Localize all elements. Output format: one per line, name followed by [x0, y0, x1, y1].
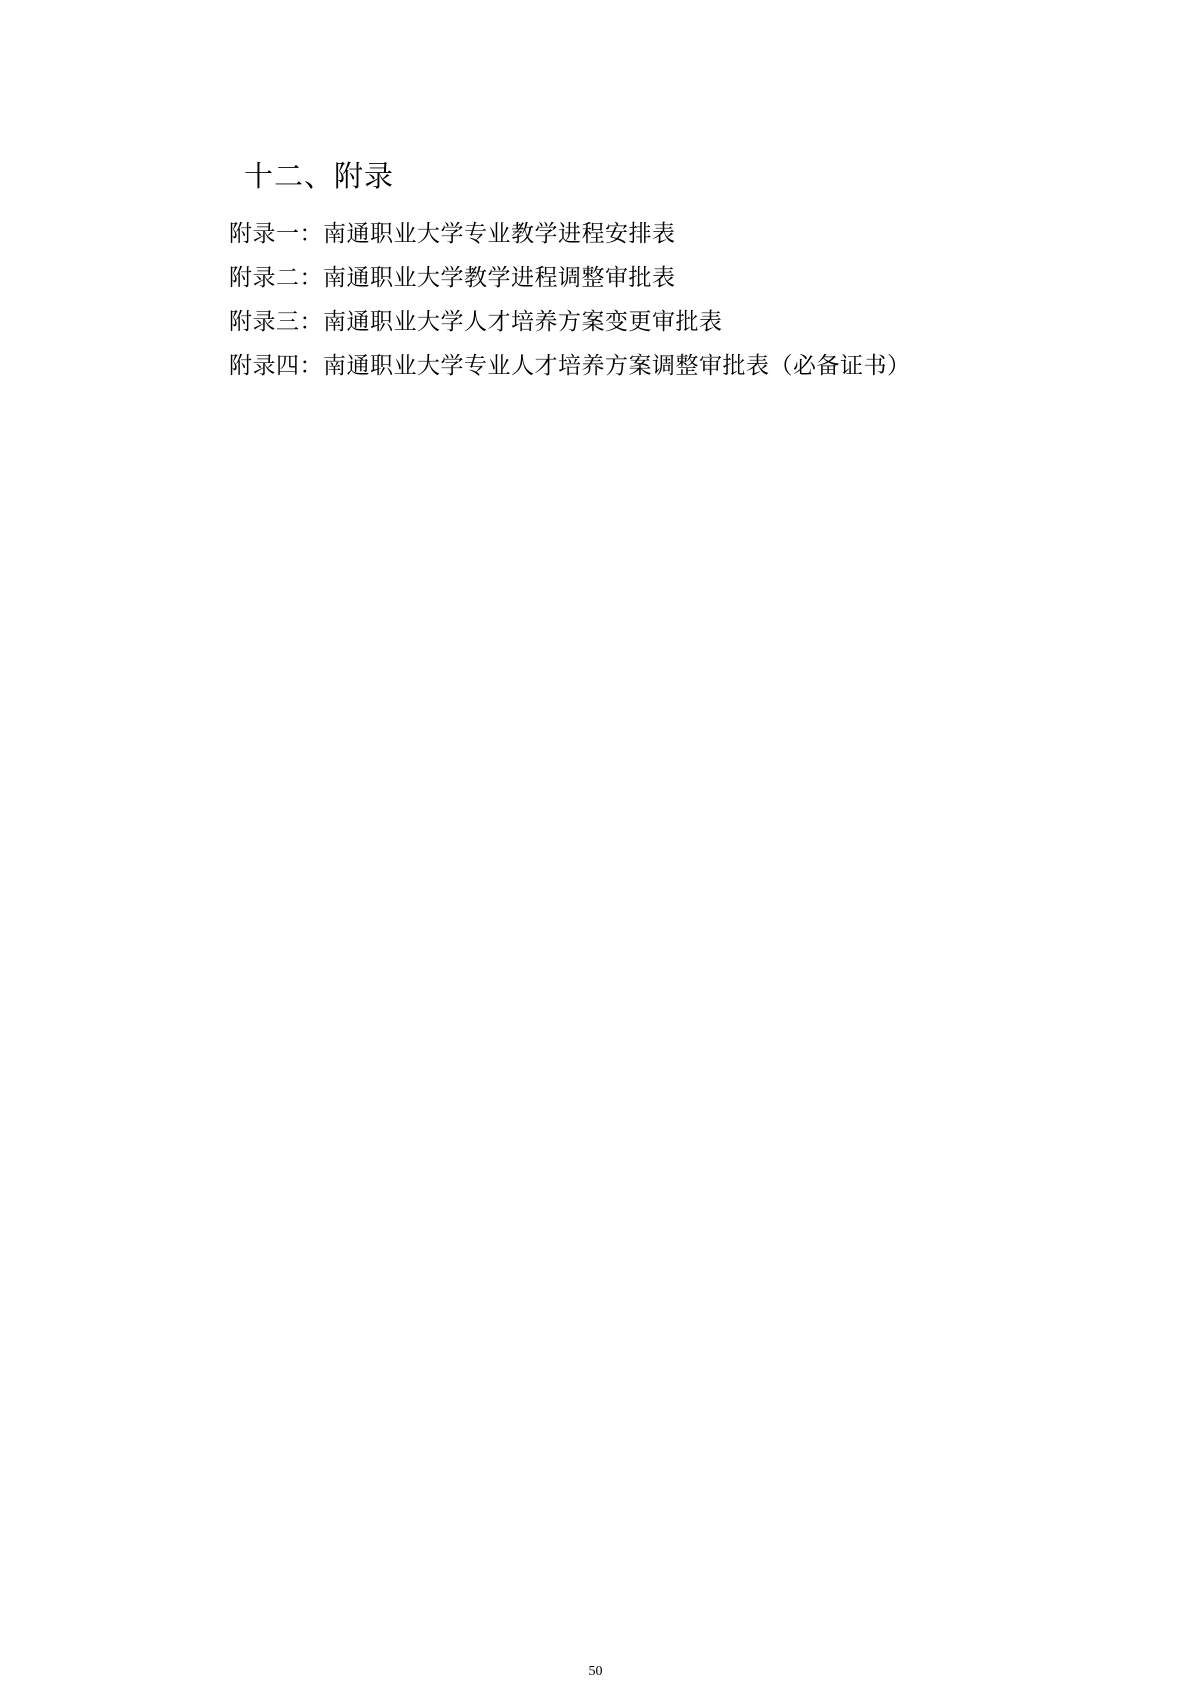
document-page: 十二、附录 附录一：南通职业大学专业教学进程安排表 附录二：南通职业大学教学进程… — [0, 0, 1191, 1684]
appendix-label: 附录一： — [229, 221, 323, 247]
appendix-label: 附录三： — [229, 309, 323, 335]
appendix-item-3: 附录三：南通职业大学人才培养方案变更审批表 — [229, 300, 911, 344]
appendix-list: 附录一：南通职业大学专业教学进程安排表 附录二：南通职业大学教学进程调整审批表 … — [229, 212, 911, 388]
appendix-title: 南通职业大学专业人才培养方案调整审批表（必备证书） — [323, 353, 911, 379]
page-number: 50 — [0, 1663, 1191, 1681]
section-heading: 十二、附录 — [244, 158, 394, 194]
appendix-title: 南通职业大学人才培养方案变更审批表 — [323, 309, 723, 335]
appendix-label: 附录四： — [229, 353, 323, 379]
appendix-item-1: 附录一：南通职业大学专业教学进程安排表 — [229, 212, 911, 256]
appendix-title: 南通职业大学专业教学进程安排表 — [323, 221, 676, 247]
appendix-label: 附录二： — [229, 265, 323, 291]
appendix-title: 南通职业大学教学进程调整审批表 — [323, 265, 676, 291]
appendix-item-4: 附录四：南通职业大学专业人才培养方案调整审批表（必备证书） — [229, 344, 911, 388]
appendix-item-2: 附录二：南通职业大学教学进程调整审批表 — [229, 256, 911, 300]
